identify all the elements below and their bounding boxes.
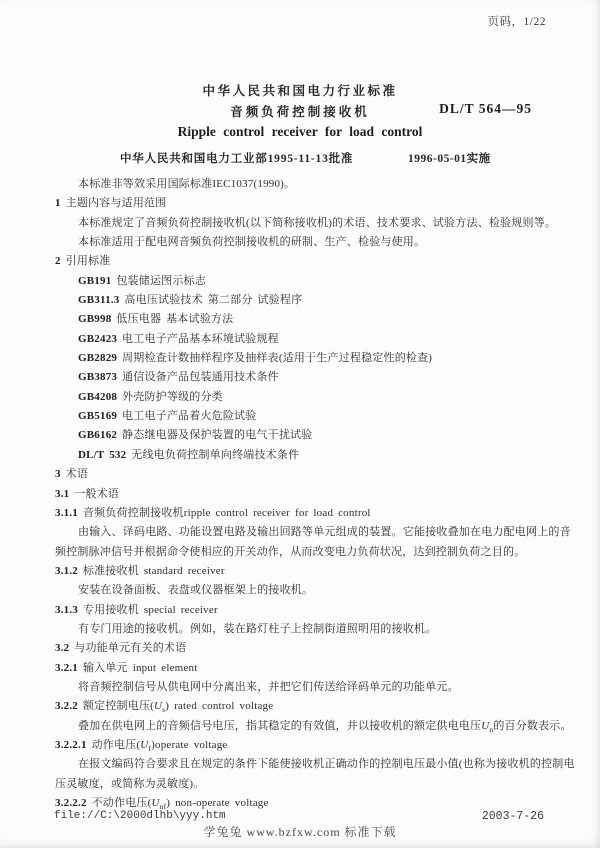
doc-line: 3.1 一般术语 [55, 485, 556, 504]
doc-line: GB191 包装储运图示标志 [55, 272, 556, 291]
doc-line: 3.2 与功能单元有关的术语 [55, 639, 556, 658]
standard-code: DL/T 564—95 [439, 101, 532, 117]
footer-date: 2003-7-26 [482, 810, 544, 823]
doc-line: DL/T 532 无线电负荷控制单向终端技术条件 [55, 446, 556, 465]
document-title-english: Ripple control receiver for load control [0, 124, 600, 140]
doc-line: 1 主题内容与适用范围 [55, 194, 556, 213]
doc-line: 3.1.1 音频负荷控制接收机ripple control receiver f… [55, 504, 556, 523]
doc-line: 本标准规定了音频负荷控制接收机(以下简称接收机)的术语、技术要求、试验方法、检验… [55, 214, 556, 233]
document-body: 本标准非等效采用国际标准IEC1037(1990)。1 主题内容与适用范围本标准… [55, 175, 556, 813]
standard-organization-title: 中华人民共和国电力行业标准 [0, 81, 600, 99]
page-number-label: 页码，1/22 [488, 13, 546, 29]
doc-line: GB4208 外壳防护等级的分类 [55, 388, 556, 407]
doc-line: 本标准适用于配电网音频负荷控制接收机的研制、生产、检验与使用。 [55, 233, 556, 252]
doc-line: GB2423 电工电子产品基本环境试验规程 [55, 330, 556, 349]
doc-line: GB998 低压电器 基本试验方法 [55, 310, 556, 329]
implementation-date: 1996-05-01实施 [408, 150, 491, 166]
doc-line: 叠加在供电网上的音频信号电压，指其稳定的有效值，并以接收机的额定供电电压Un的百… [55, 717, 556, 736]
scanned-standard-document-page: 页码，1/22 中华人民共和国电力行业标准 音频负荷控制接收机 DL/T 564… [0, 0, 600, 848]
doc-line: 安装在设备面板、表盘或仪器框架上的接收机。 [55, 581, 556, 600]
footer-file-url: file://C:\2000dlhb\yyy.htm [54, 810, 226, 822]
doc-line: 有专门用途的接收机。例如，装在路灯柱子上控制街道照明用的接收机。 [55, 620, 556, 639]
doc-line: GB5169 电工电子产品着火危险试验 [55, 407, 556, 426]
doc-line: 3.2.1 输入单元 input element [55, 659, 556, 678]
doc-line: 在报文编码符合要求且在规定的条件下能使接收机正确动作的控制电压最小值(也称为接收… [55, 755, 556, 774]
doc-line: 3.2.2.1 动作电压(Uf)operate voltage [55, 736, 556, 755]
approval-statement: 中华人民共和国电力工业部1995-11-13批准 [120, 150, 353, 166]
watermark-text: 学兔兔 www.bzfxw.com 标准下载 [0, 823, 600, 840]
doc-line: 3.2.2 额定控制电压(Us) rated control voltage [55, 697, 556, 716]
doc-line: 3 术语 [55, 465, 556, 484]
doc-line: GB6162 静态继电器及保护装置的电气干扰试验 [55, 426, 556, 445]
doc-line: GB3873 通信设备产品包装通用技术条件 [55, 368, 556, 387]
doc-line: 压灵敏度，或简称为灵敏度)。 [55, 775, 556, 794]
doc-line: 3.1.3 专用接收机 special receiver [55, 601, 556, 620]
doc-line: GB311.3 高电压试验技术 第二部分 试验程序 [55, 291, 556, 310]
doc-line: GB2829 周期检查计数抽样程序及抽样表(适用于生产过程稳定性的检查) [55, 349, 556, 368]
doc-line: 3.1.2 标准接收机 standard receiver [55, 562, 556, 581]
doc-line: 2 引用标准 [55, 252, 556, 271]
doc-line: 频控制脉冲信号并根据命令使相应的开关动作，从而改变电力负荷状况，达到控制负荷之目… [55, 543, 556, 562]
doc-line: 本标准非等效采用国际标准IEC1037(1990)。 [55, 175, 556, 194]
doc-line: 将音频控制信号从供电网中分离出来，并把它们传送给译码单元的功能单元。 [55, 678, 556, 697]
doc-line: 由输入、译码电路、功能设置电路及输出回路等单元组成的装置。它能接收叠加在电力配电… [55, 523, 556, 542]
